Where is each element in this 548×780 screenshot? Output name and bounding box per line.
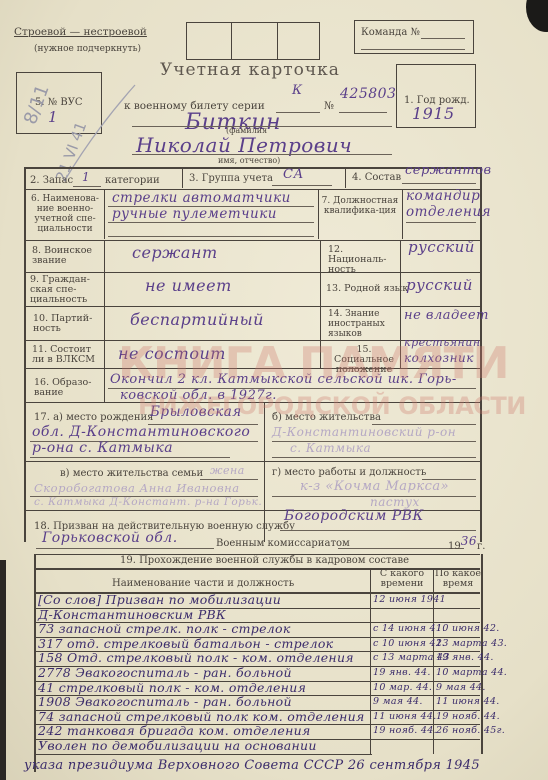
team-underline-2 [361, 49, 465, 50]
scan-edge-shadow [0, 560, 6, 780]
service-type-hint: (нужное подчеркнуть) [34, 44, 141, 54]
col-divider [402, 189, 403, 239]
given-names-underline [132, 154, 392, 155]
row-to-date: 19 нояб. 44. [436, 711, 500, 722]
col-divider [104, 240, 105, 368]
social-status-value-1: крестьянин [404, 336, 481, 349]
qualification-value-2: отделения [406, 204, 491, 220]
party-value: беспартийный [130, 310, 264, 329]
specialty-underline [108, 222, 314, 223]
education-value-2: ковской обл. в 1927г. [120, 388, 277, 403]
row-to-date: 13 марта 43. [436, 638, 507, 649]
col-divider [104, 368, 105, 402]
row-to-date: 10 марта 44. [436, 667, 507, 678]
birthplace-label: 17. а) место рождения [34, 412, 154, 423]
column-header-from: С какого времени [372, 569, 432, 589]
family-value-2: Скоробогатова Анна Ивановна [34, 481, 240, 495]
row-unit: Уволен по демобилизации на основании [38, 738, 317, 753]
row-from-date: 19 янв. 44. [373, 667, 431, 678]
row-divider [24, 272, 480, 273]
conscription-year: 1936г. [448, 538, 485, 552]
family-value-1: жена [210, 464, 245, 477]
work-label: г) место работы и должность [272, 467, 426, 478]
row-unit: 242 танковая бригада ком. отделения [38, 723, 311, 738]
row-unit: 317 отд. стрелковый батальон - стрелок [38, 636, 333, 651]
row2-divider [182, 167, 183, 188]
row-unit: [Со слов] Призван по мобилизации [38, 592, 281, 607]
reserve-value: 1 [82, 170, 90, 184]
team-underline [421, 38, 465, 39]
stamp-divider [231, 22, 232, 60]
composition-label: 4. Состав [352, 172, 401, 183]
party-label: 10. Партий-ность [33, 314, 103, 334]
reserve-underline [73, 186, 101, 187]
ticket-series-value: К [292, 83, 303, 98]
col-divider [318, 189, 319, 239]
row-unit: 1908 Эвакогоспиталь - ран. больной [38, 694, 292, 709]
col-divider [400, 240, 401, 368]
ticket-number-label: № [324, 100, 334, 112]
col-divider [370, 568, 371, 754]
stamp-divider [277, 22, 278, 60]
col-divider [320, 240, 321, 368]
conscription-underline [36, 548, 214, 549]
social-status-label: 15. Социальное положение [328, 345, 400, 375]
specialty-value-1: стрелки автоматчики [112, 190, 291, 206]
language-value: русский [406, 276, 473, 294]
composition-value: сержантов [405, 163, 492, 178]
row-unit: 2778 Эвакогоспиталь - ран. больной [38, 665, 292, 680]
family-value-3: с. Катмыка Д-Констант. р-на Горьк. [34, 496, 262, 508]
pencil-stroke-icon [55, 80, 145, 190]
nationality-label: 12. Националь-ность [328, 245, 402, 275]
row-from-date: 9 мая 44. [373, 696, 423, 707]
group-value: СА [283, 167, 304, 182]
stamp-box-group [186, 22, 320, 60]
row-unit: 158 Отд. стрелковый полк - ком. отделени… [38, 650, 354, 665]
civil-specialty-label: 9. Граждан-ская спе-циальность [30, 275, 102, 305]
row-divider [24, 368, 480, 369]
commissariat-label: Военным комиссариатом [216, 538, 350, 549]
birthplace-value-1: Брыловская [150, 404, 242, 420]
row-divider [24, 306, 480, 307]
row-to-date: 9 мая 44. [436, 682, 486, 693]
education-value-1: Окончил 2 кл. Катмыкской сельской шк. Го… [110, 372, 457, 387]
family-residence-label: в) место жительства семьи [60, 468, 203, 479]
rank-value: сержант [132, 243, 218, 262]
conscription-underline [280, 530, 476, 531]
service-type-label: Строевой — нестроевой [14, 26, 147, 38]
birthplace-value-2: обл. Д-Константиновского [32, 424, 250, 440]
residence-value-1: Д-Константиновский р-он [272, 425, 456, 439]
group-label: 3. Группа учета [189, 173, 273, 184]
row-unit: Д-Константиновским РВК [38, 607, 226, 622]
language-label: 13. Родной язык [326, 283, 408, 294]
category-label: категории [105, 175, 160, 186]
demobilization-footer: указа президиума Верховного Совета СССР … [24, 758, 480, 773]
ticket-number-underline [339, 112, 387, 113]
ticket-number-value: 425803 [340, 86, 396, 102]
row-to-date: 19 янв. 44. [436, 652, 494, 663]
ticket-series-underline [276, 112, 320, 113]
row-from-date: 11 июня 44. [373, 711, 437, 722]
specialty-label: 6. Наименова-ние военно-учетной спе-циал… [28, 194, 102, 234]
col-divider [104, 189, 105, 239]
nationality-value: русский [408, 238, 475, 256]
row-unit: 73 запасной стрелк. полк - стрелок [38, 621, 291, 636]
team-label: Команда № [361, 27, 420, 38]
residence-label: б) место жительства [272, 412, 381, 423]
conscription-value-1: Богородским РВК [284, 508, 424, 524]
row-to-date: 26 нояб. 45г. [436, 725, 505, 736]
civil-specialty-value: не имеет [145, 276, 232, 295]
row-from-date: 12 июня 1941 [373, 594, 446, 605]
row-from-date: с 14 июня 41. [373, 623, 446, 634]
row-divider [24, 402, 480, 403]
foreign-language-label: 14. Знание иностраных языков [328, 309, 400, 339]
row-to-date: 10 июня 42. [436, 623, 500, 634]
komsomol-value: не состоит [118, 344, 226, 363]
specialty-value-2: ручные пулеметчики [112, 206, 277, 222]
row-from-date: 10 мар. 44. [373, 682, 432, 693]
card-title: Учетная карточка [160, 60, 340, 80]
residence-value-2: с. Катмыка [290, 441, 371, 455]
work-value-2: пастух [370, 495, 420, 509]
work-value-1: к-з «Кочма Маркса» [300, 479, 449, 494]
given-names-caption: имя, отчество) [218, 156, 280, 166]
row-unit: 41 стрелковый полк - ком. отделения [38, 680, 306, 695]
reserve-label: 2. Запас [30, 175, 73, 186]
qualification-value-1: командир [406, 188, 480, 204]
column-header-to: По какое время [435, 569, 481, 589]
row-to-date: 11 июня 44. [436, 696, 500, 707]
specialty-underline [108, 236, 314, 237]
form-border-right [480, 167, 482, 542]
education-label: 16. Образо-вание [34, 378, 104, 398]
komsomol-label: 11. Состоит ли в ВЛКСМ [32, 345, 104, 365]
row-from-date: с 10 июня 42. [373, 638, 446, 649]
birth-year-value: 1915 [412, 104, 455, 123]
composition-underline [402, 183, 476, 184]
rank-label: 8. Воинское звание [32, 246, 102, 266]
qualification-label: 7. Должностная квалифика-ция [320, 196, 400, 216]
birthplace-value-3: р-она с. Катмыка [32, 440, 173, 456]
row-divider [36, 754, 372, 755]
group-underline [272, 185, 332, 186]
birthplace-underline [30, 457, 230, 458]
row-from-date: 19 нояб. 44. [373, 725, 437, 736]
conscription-value-2: Горьковской обл. [42, 530, 178, 546]
row-divider [24, 461, 480, 462]
social-status-value-2: колхозник [404, 351, 474, 365]
form-border-left [24, 167, 26, 542]
row2-divider [345, 167, 346, 188]
family-underline [200, 479, 258, 480]
residence-underline [272, 457, 476, 458]
column-header-unit: Наименование части и должность [112, 578, 294, 589]
qualification-underline [406, 222, 476, 223]
service-history-title: 19. Прохождение военной службы в кадрово… [120, 555, 409, 566]
row-unit: 74 запасной стрелковый полк ком. отделен… [38, 709, 365, 724]
foreign-language-value: не владеет [404, 308, 489, 323]
commissariat-underline [338, 548, 464, 549]
